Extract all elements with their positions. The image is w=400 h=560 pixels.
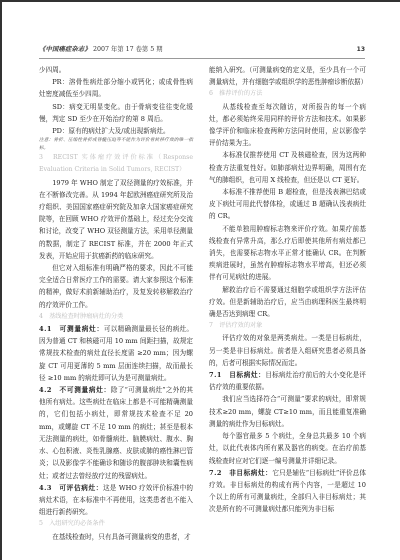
page-border-top	[0, 0, 400, 2]
right-column: 能纳入研究。（可测量病变的定义是，至少具有一个可测量病灶，并有细胞学或组织学的恶…	[209, 64, 366, 516]
issue-info: 2007 年第 17 卷第 5 期	[93, 46, 163, 53]
paragraph: 本标准仅推荐使用 CT 及核磁检查，因为这两种检查方法重复性好。如肺部病灶边界明…	[209, 149, 366, 186]
paragraph: 我们应当选择符合“可测量”要求的病灶，即常规技术≥20 mm，螺旋 CT≥10 …	[209, 393, 366, 430]
section-heading-3: 3 RECIST 实体瘤疗效评价标准（Response Evaluation C…	[39, 152, 193, 176]
paragraph-pd: PD：原有的病灶扩大及/或出现新病灶。	[39, 125, 193, 137]
subsection-text: 除了“可测量病灶”之外的其他所有病灶。这些病灶在临床上都是不可能精确测量的，它们…	[39, 386, 193, 479]
paragraph: 从基线检查至每次随访，对所报告的每一个病灶，都必须始终采用同样的评价方法和技术。…	[209, 101, 366, 150]
paragraph-sd: SD：病变无明显变化。由于骨病变往往变化缓慢，判定 SD 至少在开始治疗的第 8…	[39, 101, 193, 125]
section-heading-6: 6 推荐评价的方法	[209, 88, 366, 100]
subsection-label: 4.3 可评估病灶：	[39, 484, 103, 492]
paragraph: 本标准不推荐使用 B 超检查，但是浅表淋巴结或皮下病灶可用此代替体检，或通过 B…	[209, 186, 366, 223]
subsection-7-2: 7.2 非目标病灶：它只是辅佐“目标病灶”评价总体疗效。非目标病灶的构成有两个内…	[209, 467, 366, 516]
subsection-4-3: 4.3 可评估病灶：这是 WHO 疗效评价标准中的病灶术语，在本标准中不再使用，…	[39, 482, 193, 519]
paragraph: 1979 年 WHO 制定了双径测量的疗效标准，并在不断修改完善。从 1994 …	[39, 177, 193, 262]
paragraph: 每个器官最多 5 个病灶，全身总共最多 10 个病灶，以此代表体内所有累及器官的…	[209, 430, 366, 467]
page-border-left	[0, 0, 2, 560]
paragraph: 评估疗效的对象是两类病灶。一类是目标病灶，另一类是非目标病灶。前者是入组研究患者…	[209, 332, 366, 369]
subsection-4-1: 4.1 可测量病灶：可以精确测量最长径的病灶。因为普通 CT 和核磁可用 10 …	[39, 323, 193, 384]
left-column: 少四周。 PR：溶骨性病灶部分缩小或钙化；或成骨性病灶密度减低至少四周。 SD：…	[39, 64, 193, 543]
section-heading-5: 5 入组研究的必备条件	[39, 518, 193, 530]
footnote: 注意：骨折、压缩性骨折或脊髓压迫等不能作为评价骨转移疗效的唯一指标。	[39, 137, 193, 152]
subsection-4-2: 4.2 不可测量病灶：除了“可测量病灶”之外的其他所有病灶。这些病灶在临床上都是…	[39, 384, 193, 482]
subsection-7-1: 7.1 目标病灶：目标病灶治疗前后的大小变化是评估疗效的重要依据。	[209, 369, 366, 393]
section-heading-7: 7 评估疗效的对象	[209, 320, 366, 332]
paragraph: 解救治疗后不需要通过细胞学或组织学方法评估疗效。但是新辅助治疗后，应当由病理科医…	[209, 284, 366, 321]
paragraph: 在基线检查时，只有具备可测量病变的患者，才	[39, 531, 193, 543]
journal-title: 《中国癌症杂志》	[39, 46, 91, 53]
paragraph-pr: PR：溶骨性病灶部分缩小或钙化；或成骨性病灶密度减低至少四周。	[39, 76, 193, 100]
subsection-text: 可以精确测量最长径的病灶。因为普通 CT 和核磁可用 10 mm 间距扫描，故规…	[39, 325, 193, 382]
paragraph: 但它对入组标准有明确严格的要求，因此不可能完全适合日常医疗工作的需要。请大家参照…	[39, 262, 193, 311]
page-number: 13	[357, 44, 365, 56]
paragraph: 少四周。	[39, 64, 193, 76]
section-heading-4: 4 基线检查时肿瘤病灶的分类	[39, 311, 193, 323]
subsection-label: 4.2 不可测量病灶：	[39, 386, 111, 394]
paragraph: 能纳入研究。（可测量病变的定义是，至少具有一个可测量病灶，并有细胞学或组织学的恶…	[209, 64, 366, 88]
subsection-label: 4.1 可测量病灶：	[39, 325, 104, 333]
running-header: 《中国癌症杂志》 2007 年第 17 卷第 5 期 13	[39, 44, 365, 59]
subsection-label: 7.2 非目标病灶：	[209, 469, 272, 477]
paragraph: 不能单独用肿瘤标志物来评价疗效。如果疗前基线检查有异常升高，那么疗后即使其他所有…	[209, 223, 366, 284]
subsection-label: 7.1 目标病灶：	[209, 371, 265, 379]
